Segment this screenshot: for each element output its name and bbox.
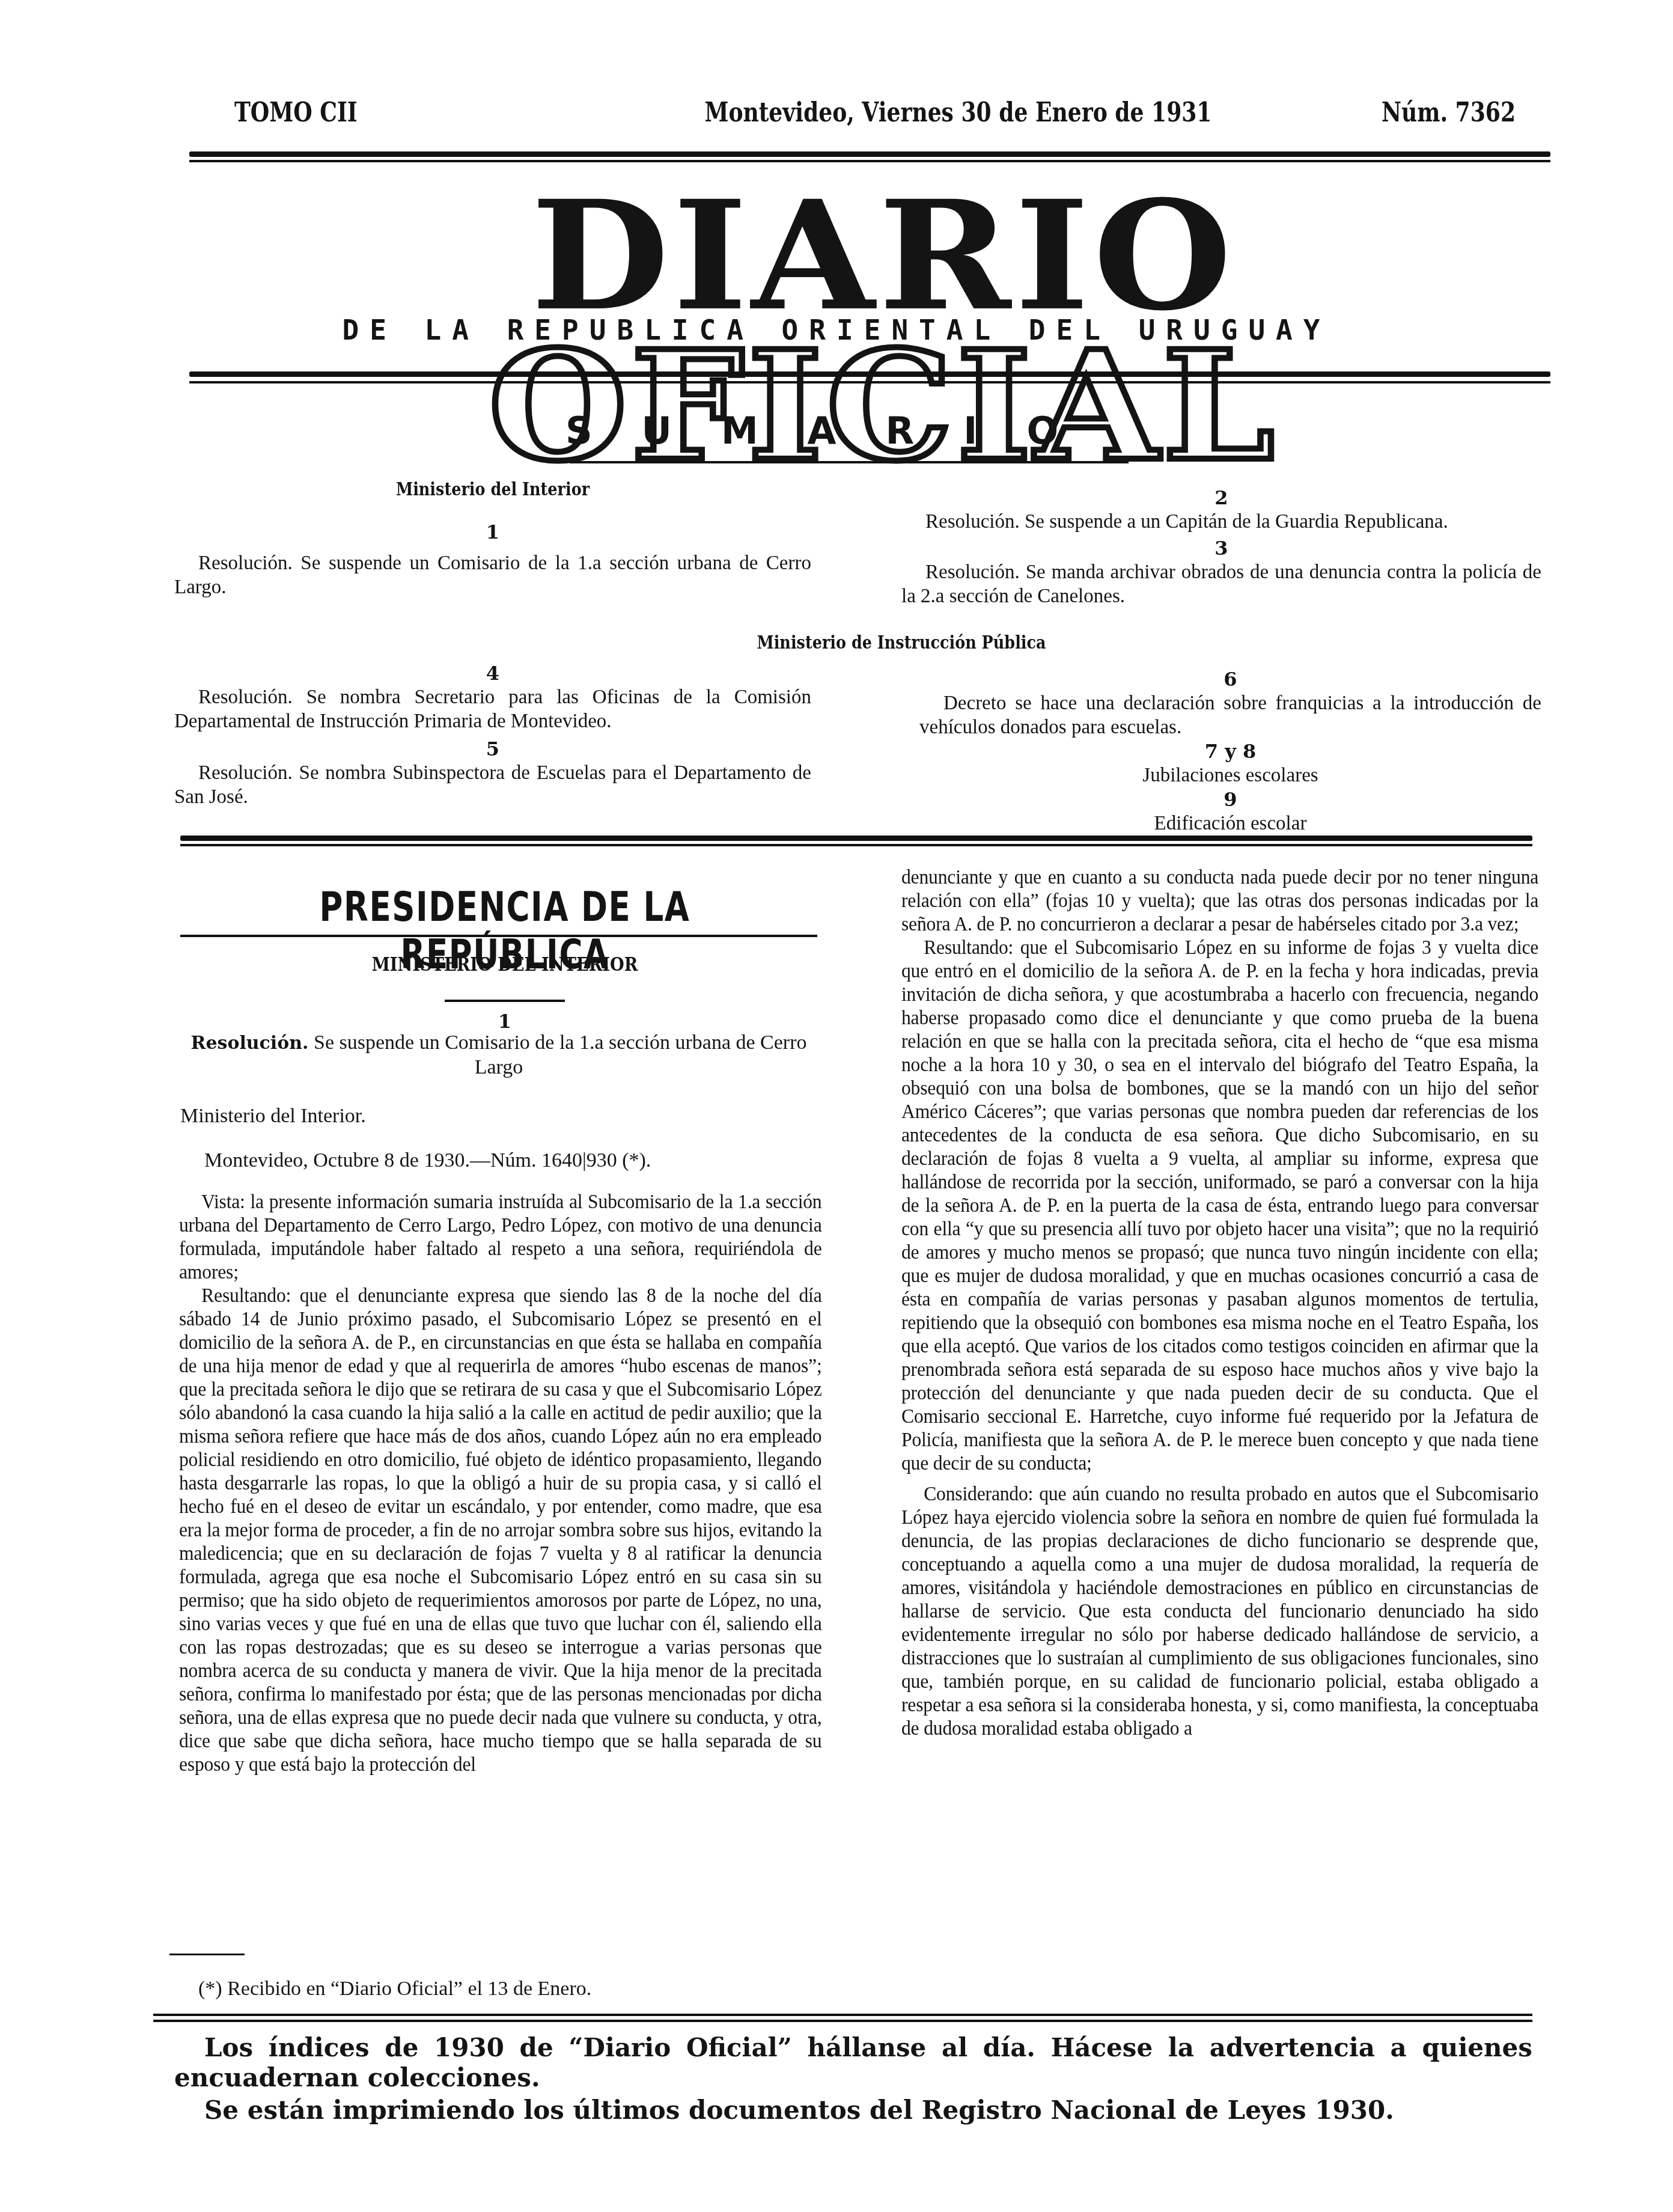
- sumario-item-number: 4: [174, 661, 811, 685]
- sumario-item-text: Resolución. Se suspende a un Capitán de …: [901, 510, 1541, 534]
- ministry-short-rule: [445, 1000, 565, 1002]
- sumario-left-bottom: 4 Resolución. Se nombra Secretario para …: [174, 661, 811, 809]
- sumario-right-top: 2 Resolución. Se suspende a un Capitán d…: [901, 486, 1541, 608]
- notice-registro: Se están imprimiendo los últimos documen…: [174, 2095, 1532, 2125]
- sumario-item-number: 5: [174, 737, 811, 761]
- sumario-item-number: 6: [919, 667, 1541, 691]
- sumario-item-text: Resolución. Se manda archivar obrados de…: [901, 560, 1541, 608]
- masthead-bottom-rule-2: [189, 381, 1550, 383]
- sumario-item-number: 2: [901, 486, 1541, 510]
- sumario-item-text: Resolución. Se suspende un Comisario de …: [174, 551, 811, 599]
- paragraph: Resultando: que el Subcomisario López en…: [901, 936, 1538, 1475]
- notices-top-rule: [153, 2014, 1532, 2016]
- sumario-item-number: 9: [919, 787, 1541, 811]
- notice-text: Se están imprimiendo los últimos documen…: [174, 2095, 1532, 2125]
- footnote-rule: [169, 1954, 245, 1955]
- date-line: Montevideo, Octubre 8 de 1930.—Núm. 1640…: [204, 1149, 823, 1172]
- ministry-heading: MINISTERIO DEL INTERIOR: [224, 953, 786, 976]
- masthead-top-rule: [189, 151, 1550, 157]
- masthead-top-rule-2: [189, 160, 1550, 162]
- article-right-column: denunciante y que en cuanto a su conduct…: [901, 866, 1538, 1740]
- sumario-item-number: 7 y 8: [919, 739, 1541, 763]
- resolution-label: Resolución.: [190, 1033, 308, 1054]
- article-left-column: Vista: la presente información sumaria i…: [179, 1190, 822, 1776]
- notice-text: Los índices de 1930 de “Diario Oficial” …: [174, 2033, 1532, 2093]
- sumario-ministry-interior: Ministerio del Interior: [222, 478, 764, 502]
- paragraph: Considerando: que aún cuando no resulta …: [901, 1482, 1538, 1740]
- resolution-title: Se suspende un Comisario de la 1.a secci…: [314, 1031, 806, 1078]
- sumario-item-text: Resolución. Se nombra Subinspectora de E…: [174, 761, 811, 809]
- paragraph: Vista: la presente información sumaria i…: [179, 1190, 822, 1284]
- sumario-heading: SUMARIO: [0, 409, 1673, 453]
- sumario-item-text: Decreto se hace una declaración sobre fr…: [919, 691, 1541, 739]
- newspaper-subtitle: DE LA REPUBLICA ORIENTAL DEL URUGUAY: [0, 314, 1673, 346]
- notices-top-rule-2: [153, 2020, 1532, 2022]
- sumario-bottom-rule-2: [180, 844, 1532, 846]
- paragraph: Resultando: que el denunciante expresa q…: [179, 1284, 822, 1776]
- sumario-ministry-instruccion: Ministerio de Instrucción Pública: [595, 632, 1208, 653]
- issue-number: Núm. 7362: [1382, 97, 1516, 128]
- tomo-label: TOMO CII: [234, 97, 358, 128]
- footnote: (*) Recibido en “Diario Oficial” el 13 d…: [198, 1978, 591, 2000]
- sumario-item-text: Resolución. Se nombra Secretario para la…: [174, 685, 811, 733]
- notice-indices: Los índices de 1930 de “Diario Oficial” …: [174, 2033, 1532, 2093]
- section-heading-rule: [180, 935, 817, 937]
- resolution-heading: Resolución. Se suspende un Comisario de …: [180, 1031, 817, 1080]
- sumario-bottom-rule: [180, 836, 1532, 841]
- ministry-line: Ministerio del Interior.: [180, 1105, 366, 1128]
- masthead-bottom-rule: [189, 371, 1550, 377]
- paragraph: denunciante y que en cuanto a su conduct…: [901, 866, 1538, 936]
- sumario-item-text: Jubilaciones escolares: [919, 763, 1541, 787]
- sumario-right-bottom: 6 Decreto se hace una declaración sobre …: [919, 667, 1541, 836]
- masthead-row: TOMO CII Montevideo, Viernes 30 de Enero…: [234, 97, 1516, 139]
- sumario-underline: [570, 461, 1129, 463]
- sumario-left-top: Ministerio del Interior 1 Resolución. Se…: [174, 478, 811, 599]
- sumario-item-text: Edificación escolar: [919, 811, 1541, 836]
- sumario-item-number: 3: [901, 536, 1541, 560]
- sumario-item-number: 1: [174, 520, 811, 544]
- dateline: Montevideo, Viernes 30 de Enero de 1931: [704, 97, 1211, 128]
- article-number: 1: [174, 1010, 835, 1033]
